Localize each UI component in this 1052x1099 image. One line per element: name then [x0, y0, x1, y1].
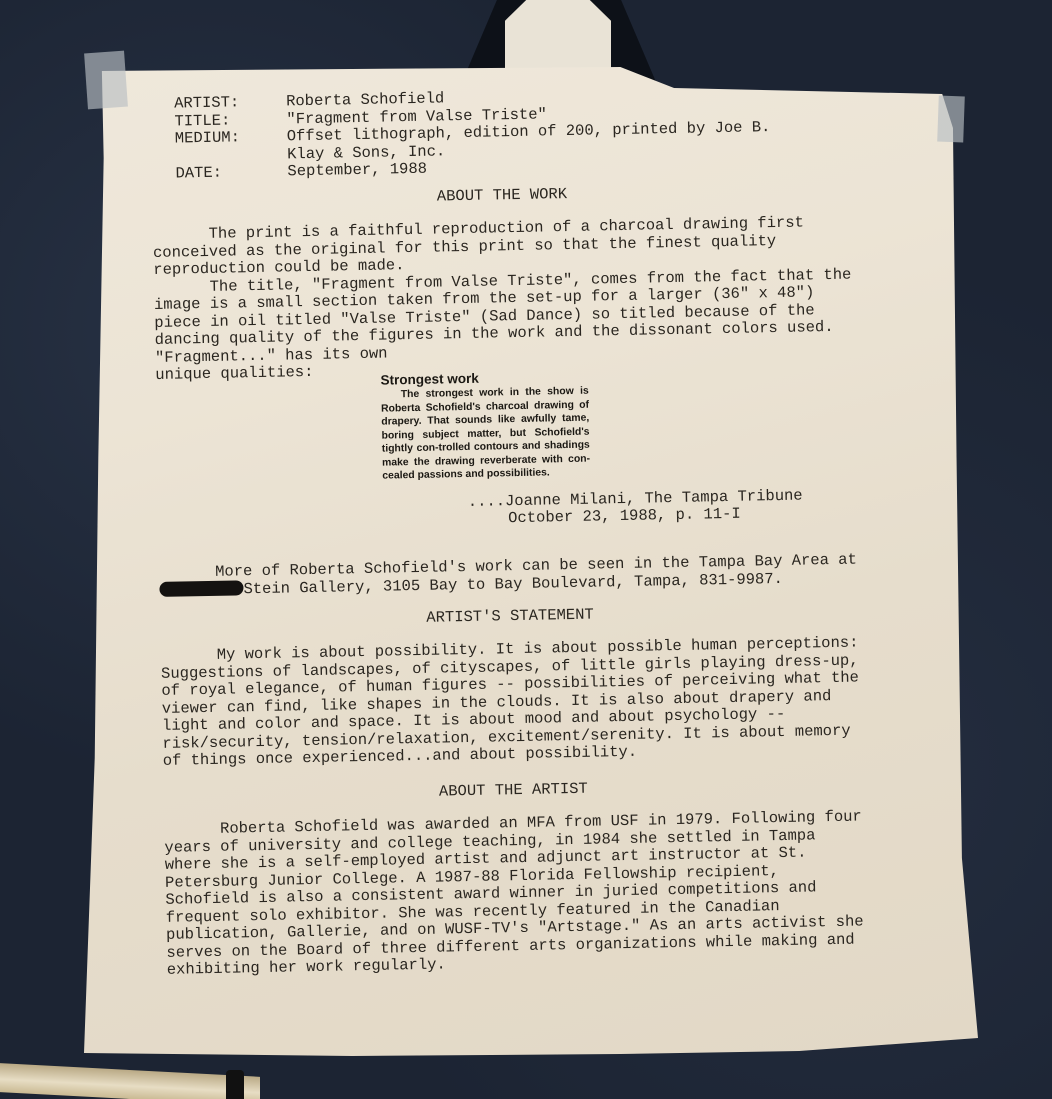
date-label: DATE:	[151, 163, 287, 183]
quote-lead-in: unique qualities:	[155, 363, 382, 488]
hanger-opening	[505, 0, 611, 74]
tape-top-left	[84, 51, 128, 110]
frame-clip	[226, 1070, 244, 1099]
tape-top-right	[937, 96, 965, 143]
document-text: ARTIST: Roberta Schofield TITLE: "Fragme…	[150, 83, 867, 980]
redaction-mark	[159, 580, 243, 597]
artist-statement-paragraph: My work is about possibility. It is abou…	[161, 634, 863, 770]
artwork-metadata: ARTIST: Roberta Schofield TITLE: "Fragme…	[150, 83, 852, 184]
newspaper-clipping: Strongest work The strongest work in the…	[380, 369, 590, 483]
review-quote: unique qualities: Strongest work The str…	[155, 354, 857, 488]
about-artist-heading: ABOUT THE ARTIST	[163, 775, 863, 806]
clipping-body: The strongest work in the show is Robert…	[381, 385, 591, 483]
about-work-paragraph-2: The title, "Fragment from Valse Triste",…	[154, 266, 856, 367]
about-artist-paragraph: Roberta Schofield was awarded an MFA fro…	[164, 808, 867, 979]
artist-statement-heading: ARTIST'S STATEMENT	[160, 601, 860, 632]
frame-edge	[0, 1063, 260, 1099]
about-work-heading: ABOUT THE WORK	[152, 180, 852, 211]
